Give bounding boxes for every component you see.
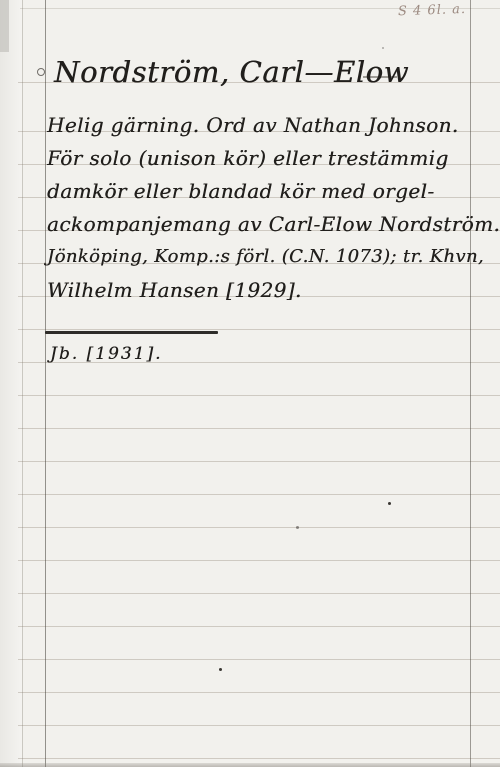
margin-circle-mark [37,68,45,76]
corner-shadow [0,0,9,52]
ink-speck [296,526,299,529]
separator-rule [45,331,218,334]
entry-line-printer-year: Wilhelm Hansen [1929]. [47,277,302,303]
footnote-reference: Jb. [1931]. [50,343,162,365]
card-heading-author: Nordström, Carl—Elow [54,54,409,90]
left-faint-margin-line [22,0,23,767]
right-margin-line [470,0,471,767]
left-margin-line [45,0,46,767]
entry-line-publisher: Jönköping, Komp.:s förl. (C.N. 1073); tr… [47,244,484,270]
entry-line-title: Helig gärning. Ord av Nathan Johnson. [47,112,459,138]
shelfmark-pencil-annotation: S 4 6l. a. [398,2,474,21]
ink-speck [219,668,222,671]
ink-speck [388,502,391,505]
paper-bottom-edge [0,763,500,767]
catalog-card-scan: S 4 6l. a. Nordström, Carl—Elow Helig gä… [0,0,500,767]
ink-speck [382,47,384,49]
entry-line-composer: ackompanjemang av Carl-Elow Nordström. [47,211,500,237]
entry-line-scoring-2: damkör eller blandad kör med orgel- [47,178,434,204]
entry-line-scoring-1: För solo (unison kör) eller trestämmig [47,145,449,171]
